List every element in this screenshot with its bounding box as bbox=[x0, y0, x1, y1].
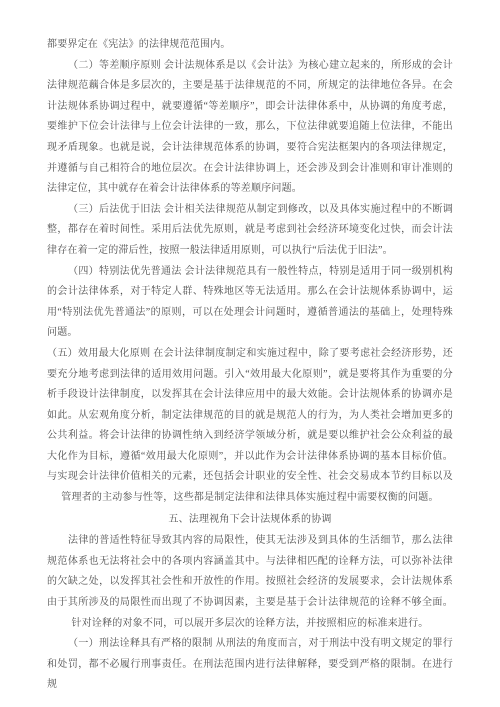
paragraph: （三）后法优于旧法 会计相关法律规范从制定到修改，以及具体实施过程中的不断调整，… bbox=[47, 200, 453, 262]
section-heading: 五、法理视角下会计法规体系的协调 bbox=[47, 510, 453, 531]
paragraph: （四）特别法优先普通法 会计法律规范具有一般性特点，特别是适用于同一级别机构的会… bbox=[47, 262, 453, 344]
paragraph: 都要界定在《宪法》的法律规范范围内。 bbox=[47, 35, 453, 56]
paragraph: （五）效用最大化原则 在会计法律制度制定和实施过程中，除了要考虑社会经济形势，还… bbox=[47, 344, 453, 509]
paragraph: （二）等差顺序原则 会计法规体系是以《会计法》为核心建立起来的，所形成的会计法律… bbox=[47, 56, 453, 200]
paragraph: （一）刑法诠释具有严格的限制 从刑法的角度而言，对于刑法中没有明文规定的罪行和处… bbox=[47, 634, 453, 696]
paragraph: 法律的普适性特征导致其内容的局限性，使其无法涉及到具体的生活细节，那么法律规范体… bbox=[47, 531, 453, 634]
document-page: 都要界定在《宪法》的法律规范范围内。（二）等差顺序原则 会计法规体系是以《会计法… bbox=[0, 0, 500, 707]
